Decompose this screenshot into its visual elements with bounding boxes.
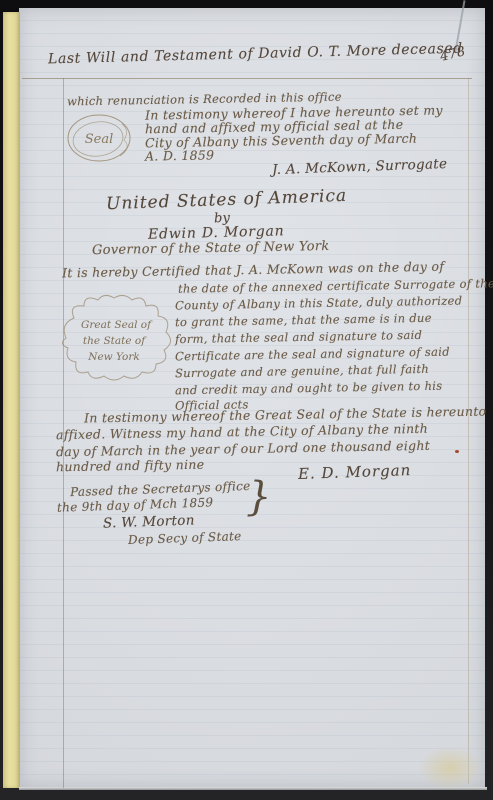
- testimony-governor-line: hundred and fifty nine: [56, 457, 205, 475]
- red-ink-speck: [455, 450, 459, 453]
- great-seal-doodle: Great Seal of the State of New York: [56, 292, 178, 384]
- binding-tape-strip: [3, 12, 20, 788]
- corner-stain: [418, 746, 482, 790]
- seal-doodle: Seal: [64, 110, 134, 168]
- deputy-signature: S. W. Morton: [103, 512, 195, 531]
- header-rule: [22, 78, 472, 79]
- great-seal-label: the State of: [83, 335, 147, 347]
- great-seal-label: New York: [87, 351, 139, 363]
- seal-label: Seal: [85, 132, 114, 147]
- passed-brace: }: [246, 474, 271, 520]
- right-margin-line: [468, 78, 469, 784]
- great-seal-label: Great Seal of: [81, 319, 153, 331]
- page-bottom-edge: [19, 787, 487, 790]
- testimony-surrogate-line: A. D. 1859: [145, 147, 215, 163]
